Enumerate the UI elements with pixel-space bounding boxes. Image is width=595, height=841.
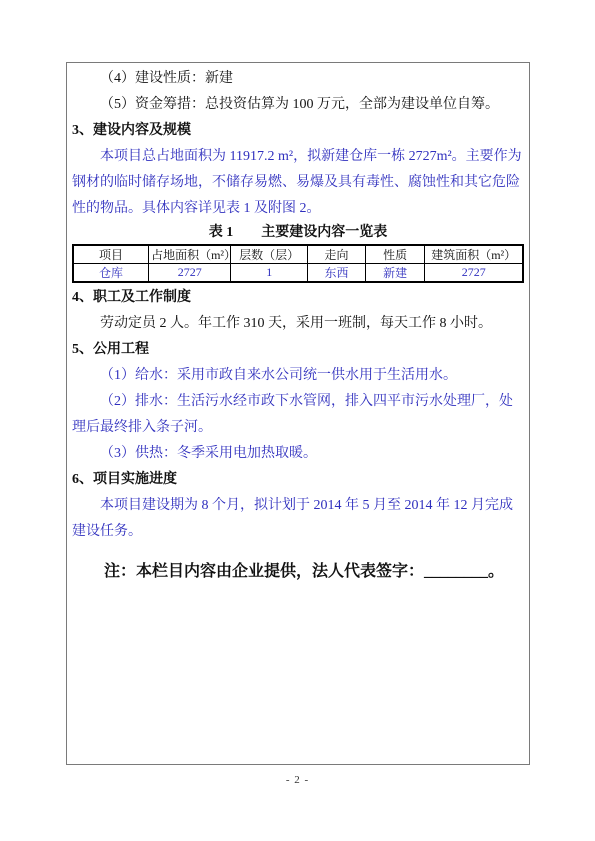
table-header-cell: 项目 [73, 245, 149, 264]
section-5-item-drainage: （2）排水：生活污水经市政下水管网，排入四平市污水处理厂，处理后最终排入条子河。 [72, 389, 524, 441]
section-4-paragraph: 劳动定员 2 人。年工作 310 天，采用一班制，每天工作 8 小时。 [72, 311, 524, 337]
table-header-row: 项目占地面积（m²）层数（层）走向性质建筑面积（m²） [73, 245, 523, 264]
table-header-cell: 建筑面积（m²） [425, 245, 523, 264]
table-cell: 新建 [365, 264, 424, 283]
table-cell: 仓库 [73, 264, 149, 283]
table-1-title: 表 1 主要建设内容一览表 [72, 222, 524, 244]
item-4-construction-nature: （4）建设性质：新建 [72, 66, 524, 92]
table-header-cell: 走向 [307, 245, 365, 264]
page-number: - 2 - [0, 774, 595, 786]
table-cell: 2727 [149, 264, 231, 283]
table-cell: 2727 [425, 264, 523, 283]
section-6-paragraph: 本项目建设期为 8 个月，拟计划于 2014 年 5 月至 2014 年 12 … [72, 493, 524, 545]
table-header-cell: 占地面积（m²） [149, 245, 231, 264]
section-5-item-water-supply: （1）给水：采用市政自来水公司统一供水用于生活用水。 [72, 363, 524, 389]
table-cell: 东西 [307, 264, 365, 283]
section-5-item-heating: （3）供热：冬季采用电加热取暖。 [72, 441, 524, 467]
section-4-heading: 4、职工及工作制度 [72, 285, 524, 311]
table-header-cell: 层数（层） [231, 245, 308, 264]
table-header-cell: 性质 [365, 245, 424, 264]
section-6-heading: 6、项目实施进度 [72, 467, 524, 493]
item-5-funding: （5）资金筹措：总投资估算为 100 万元，全部为建设单位自筹。 [72, 92, 524, 118]
content-frame: （4）建设性质：新建 （5）资金筹措：总投资估算为 100 万元，全部为建设单位… [66, 62, 530, 765]
table-1-main-construction: 项目占地面积（m²）层数（层）走向性质建筑面积（m²） 仓库27271东西新建2… [72, 244, 524, 283]
table-cell: 1 [231, 264, 308, 283]
section-3-paragraph: 本项目总占地面积为 11917.2 m²，拟新建仓库一栋 2727m²。主要作为… [72, 144, 524, 222]
note-signature-line: 注：本栏目内容由企业提供，法人代表签字：________。 [72, 557, 524, 587]
section-3-heading: 3、建设内容及规模 [72, 118, 524, 144]
section-5-heading: 5、公用工程 [72, 337, 524, 363]
table-row: 仓库27271东西新建2727 [73, 264, 523, 283]
